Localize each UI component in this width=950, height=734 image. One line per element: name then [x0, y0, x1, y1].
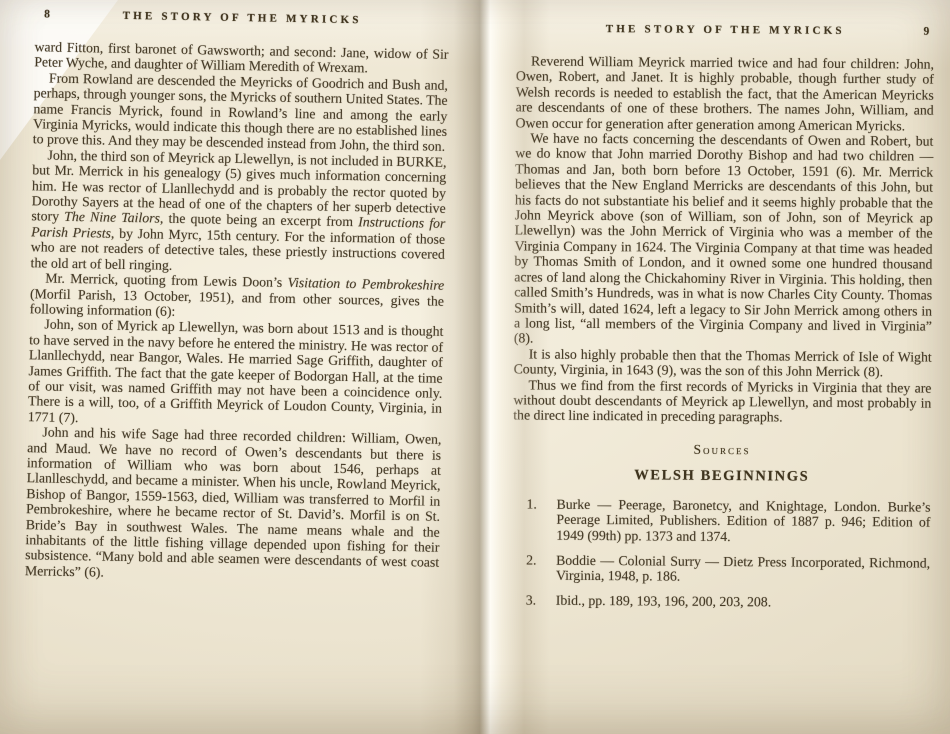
sources-heading: Sources: [513, 440, 931, 459]
right-running-title: THE STORY OF THE MYRICKS: [516, 22, 934, 37]
left-page-number: 8: [44, 8, 50, 20]
paragraph: Reverend William Meyrick married twice a…: [515, 53, 934, 133]
book-spread-photo: 8 THE STORY OF THE MYRICKS ward Fitton, …: [0, 0, 950, 734]
paragraph: Thus we find from the first records of M…: [513, 377, 931, 427]
source-text: Ibid., pp. 189, 193, 196, 200, 203, 208.: [556, 592, 930, 611]
left-page: 8 THE STORY OF THE MYRICKS ward Fitton, …: [25, 8, 449, 586]
source-list: 1.Burke — Peerage, Baronetcy, and Knight…: [512, 496, 931, 611]
source-number: 1.: [526, 496, 556, 543]
source-item: 1.Burke — Peerage, Baronetcy, and Knight…: [526, 496, 930, 546]
source-text: Boddie — Colonial Surry — Dietz Press In…: [556, 552, 930, 586]
source-text: Burke — Peerage, Baronetcy, and Knightag…: [556, 496, 930, 546]
paragraph: John, son of Myrick ap Llewellyn, was bo…: [28, 317, 444, 432]
right-page: 9 THE STORY OF THE MYRICKS Reverend Will…: [512, 22, 935, 620]
paragraph: John and his wife Sage had three recorde…: [25, 424, 442, 586]
right-page-number: 9: [923, 26, 929, 38]
paragraph: We have no facts concerning the descenda…: [514, 130, 934, 349]
source-number: 3.: [526, 592, 556, 608]
left-running-title: THE STORY OF THE MYRICKS: [35, 8, 449, 28]
left-page-header: 8 THE STORY OF THE MYRICKS: [35, 8, 449, 34]
source-item: 3.Ibid., pp. 189, 193, 196, 200, 203, 20…: [526, 592, 930, 611]
paragraph: Mr. Merrick, quoting from Lewis Doon’s V…: [30, 270, 445, 324]
right-page-body: Reverend William Meyrick married twice a…: [513, 53, 934, 426]
paragraph: It is also highly probable then that the…: [514, 346, 932, 380]
source-number: 2.: [526, 552, 556, 583]
right-page-header: 9 THE STORY OF THE MYRICKS: [516, 22, 934, 43]
paragraph: John, the third son of Meyrick ap Llewel…: [30, 147, 446, 278]
paragraph: From Rowland are descended the Meyricks …: [33, 70, 448, 155]
section-heading: WELSH BEGINNINGS: [513, 466, 931, 486]
source-item: 2.Boddie — Colonial Surry — Dietz Press …: [526, 552, 930, 586]
left-page-body: ward Fitton, first baronet of Gawsworth;…: [25, 39, 449, 586]
